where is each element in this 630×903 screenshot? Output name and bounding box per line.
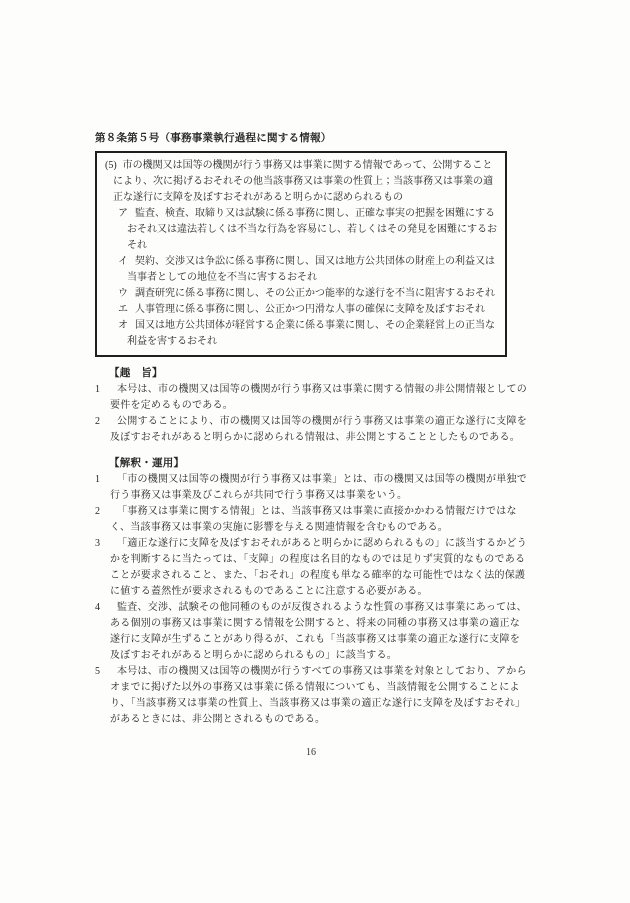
provision-subitem-e: エ人事管理に係る事務に関し、公正かつ円滑な人事の確保に支障を及ぼすおそれ xyxy=(118,302,497,318)
interpretation-item-1: 1「市の機関又は国等の機関が行う事務又は事業」とは、市の機関又は国等の機関が単独… xyxy=(95,472,527,504)
item-text: 「市の機関又は国等の機関が行う事務又は事業」とは、市の機関又は国等の機関が単独で… xyxy=(110,474,527,501)
subitem-label: オ xyxy=(118,320,128,331)
subitem-text: 調査研究に係る事務に関し、その公正かつ能率的な遂行を不当に阻害するおそれ xyxy=(135,288,495,299)
item-text: 本号は、市の機関又は国等の機関が行う事務又は事業に関する情報の非公開情報としての… xyxy=(110,384,527,411)
subitem-text: 人事管理に係る事務に関し、公正かつ円滑な人事の確保に支障を及ぼすおそれ xyxy=(135,304,485,315)
item-number: 3 xyxy=(95,536,117,552)
item-number: 5 xyxy=(95,664,117,680)
subitem-label: ウ xyxy=(118,288,128,299)
item-text: 監査、交渉、試験その他同種のものが反復されるような性質の事務又は事業にあっては、… xyxy=(110,602,527,661)
page-number: 16 xyxy=(95,745,527,761)
subitem-text: 国又は地方公共団体が経営する企業に係る事業に関し、その企業経営上の正当な利益を害… xyxy=(127,320,495,347)
article-heading: 第８条第５号（事務事業執行過程に関する情報） xyxy=(95,131,527,147)
provision-subitem-a: ア監査、検査、取締り又は試験に係る事務に関し、正確な事実の把握を困難にするおそれ… xyxy=(118,206,497,254)
purpose-section: 【趣 旨】 1本号は、市の機関又は国等の機関が行う事務又は事業に関する情報の非公… xyxy=(95,366,527,446)
item-text: 本号は、市の機関又は国等の機関が行うすべての事務又は事業を対象としており、アから… xyxy=(110,666,527,725)
item-text: 「適正な遂行に支障を及ぼすおそれがあると明らかに認められるもの」に該当するかどう… xyxy=(110,538,527,597)
provision-intro-text: 市の機関又は国等の機関が行う事務又は事業に関する情報であって、公開することにより… xyxy=(113,160,493,203)
purpose-item-2: 2公開することにより、市の機関又は国等の機関が行う事務又は事業の適正な遂行に支障… xyxy=(95,414,527,446)
interpretation-section: 【解釈・運用】 1「市の機関又は国等の機関が行う事務又は事業」とは、市の機関又は… xyxy=(95,456,527,728)
item-number: 2 xyxy=(95,414,117,430)
interpretation-item-5: 5本号は、市の機関又は国等の機関が行うすべての事務又は事業を対象としており、アか… xyxy=(95,664,527,728)
purpose-item-1: 1本号は、市の機関又は国等の機関が行う事務又は事業に関する情報の非公開情報として… xyxy=(95,382,527,414)
purpose-heading: 【趣 旨】 xyxy=(109,366,527,382)
item-text: 「事務又は事業に関する情報」とは、当該事務又は事業に直接かかわる情報だけではなく… xyxy=(110,506,517,533)
provision-subitem-u: ウ調査研究に係る事務に関し、その公正かつ能率的な遂行を不当に阻害するおそれ xyxy=(118,286,497,302)
subitem-label: ア xyxy=(118,208,128,219)
item-number: 4 xyxy=(95,600,117,616)
provision-subitem-o: オ国又は地方公共団体が経営する企業に係る事業に関し、その企業経営上の正当な利益を… xyxy=(118,318,497,350)
subitem-label: イ xyxy=(118,256,128,267)
document-content: 第８条第５号（事務事業執行過程に関する情報） (5)市の機関又は国等の機関が行う… xyxy=(95,131,527,728)
item-number: 1 xyxy=(95,382,117,398)
interpretation-heading: 【解釈・運用】 xyxy=(109,456,527,472)
interpretation-item-4: 4監査、交渉、試験その他同種のものが反復されるような性質の事務又は事業にあっては… xyxy=(95,600,527,664)
subitem-text: 監査、検査、取締り又は試験に係る事務に関し、正確な事実の把握を困難にするおそれ又… xyxy=(127,208,497,251)
provision-box: (5)市の機関又は国等の機関が行う事務又は事業に関する情報であって、公開すること… xyxy=(95,151,507,357)
item-text: 公開することにより、市の機関又は国等の機関が行う事務又は事業の適正な遂行に支障を… xyxy=(110,416,527,443)
scanned-document-page: 第８条第５号（事務事業執行過程に関する情報） (5)市の機関又は国等の機関が行う… xyxy=(0,0,630,903)
provision-subitem-i: イ契約、交渉又は争訟に係る事務に関し、国又は地方公共団体の財産上の利益又は当事者… xyxy=(118,254,497,286)
provision-item-number: (5) xyxy=(105,160,117,171)
item-number: 1 xyxy=(95,472,117,488)
interpretation-item-2: 2「事務又は事業に関する情報」とは、当該事務又は事業に直接かかわる情報だけではな… xyxy=(95,504,527,536)
interpretation-item-3: 3「適正な遂行に支障を及ぼすおそれがあると明らかに認められるもの」に該当するかど… xyxy=(95,536,527,600)
item-number: 2 xyxy=(95,504,117,520)
subitem-label: エ xyxy=(118,304,128,315)
subitem-text: 契約、交渉又は争訟に係る事務に関し、国又は地方公共団体の財産上の利益又は当事者と… xyxy=(127,256,495,283)
provision-intro: (5)市の機関又は国等の機関が行う事務又は事業に関する情報であって、公開すること… xyxy=(105,158,497,206)
